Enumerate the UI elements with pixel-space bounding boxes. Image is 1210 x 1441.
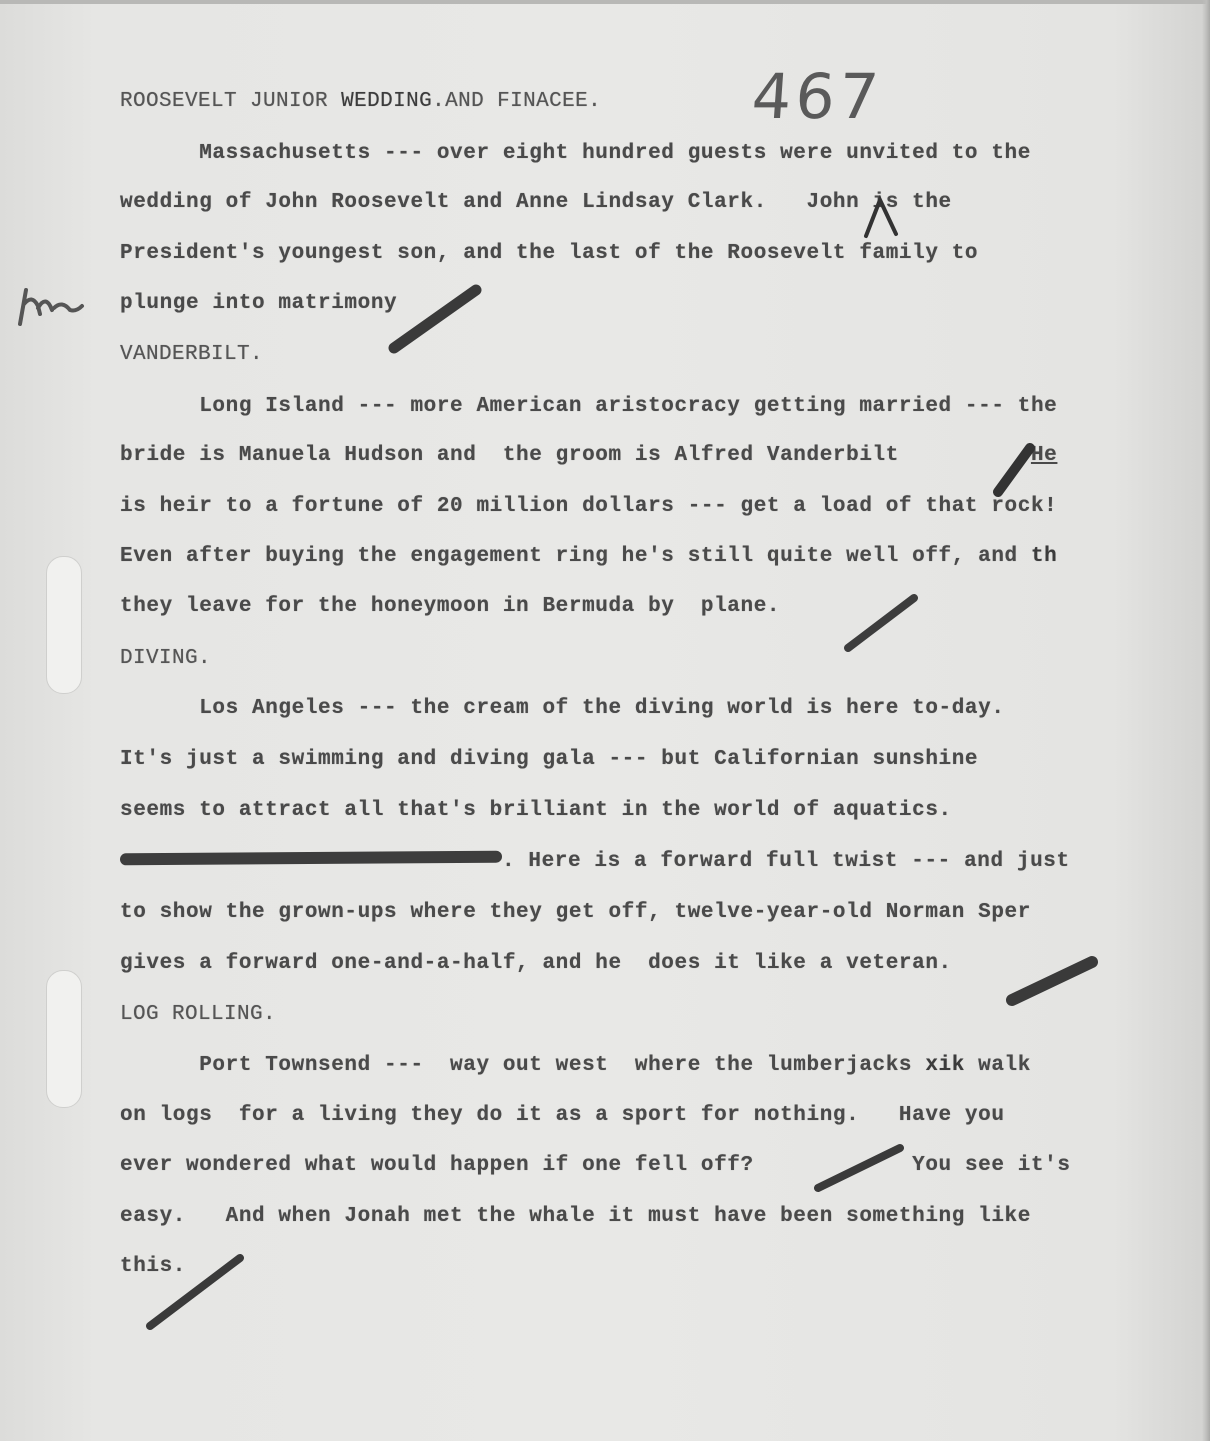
doc-line: ever wondered what would happen if one f… xyxy=(120,1154,1071,1177)
doc-line: on logs for a living they do it as a spo… xyxy=(120,1104,1005,1127)
typewritten-page: 467 ROOSEVELT JUNIOR WEDDING.AND FINACEE… xyxy=(0,0,1210,1441)
end-of-story-slash xyxy=(388,282,484,356)
struck-word: xik xyxy=(925,1054,965,1077)
line-text-end: walk xyxy=(978,1054,1031,1077)
section-heading-diving: DIVING. xyxy=(120,647,211,670)
section-heading-log-rolling: LOG ROLLING. xyxy=(120,1003,276,1026)
doc-line: bride is Manuela Hudson and the groom is… xyxy=(120,444,1057,467)
handwritten-page-number: 467 xyxy=(749,60,884,133)
doc-line: . Here is a forward full twist --- and j… xyxy=(120,850,1070,873)
doc-line: wedding of John Roosevelt and Anne Linds… xyxy=(120,191,952,214)
doc-line: Los Angeles --- the cream of the diving … xyxy=(120,697,1005,720)
story-title: ROOSEVELT JUNIOR WEDDING.AND FINACEE. xyxy=(120,90,601,113)
blacked-out-sentence xyxy=(120,851,502,866)
doc-line: It's just a swimming and diving gala ---… xyxy=(120,748,978,771)
doc-line: easy. And when Jonah met the whale it mu… xyxy=(120,1205,1031,1228)
end-of-story-slash xyxy=(842,590,922,656)
line-text: bride is Manuela Hudson and the groom is… xyxy=(120,444,899,467)
doc-line: Port Townsend --- way out west where the… xyxy=(120,1054,1031,1077)
doc-line: is heir to a fortune of 20 million dolla… xyxy=(120,495,1057,518)
doc-line: to show the grown-ups where they get off… xyxy=(120,901,1031,924)
struck-fragment: th xyxy=(1031,545,1057,568)
binder-hole-bottom xyxy=(46,970,82,1108)
margin-initials-scribble xyxy=(14,284,86,328)
insert-caret-mark xyxy=(862,194,902,240)
end-of-story-slash xyxy=(1004,950,1100,1012)
doc-line: Massachusetts --- over eight hundred gue… xyxy=(120,142,1031,165)
doc-line: President's youngest son, and the last o… xyxy=(120,242,978,265)
title-text: ROOSEVELT JUNIOR xyxy=(120,90,328,113)
doc-line: seems to attract all that's brilliant in… xyxy=(120,799,952,822)
doc-line: plunge into matrimony xyxy=(120,292,397,315)
doc-line: they leave for the honeymoon in Bermuda … xyxy=(120,595,780,618)
sentence-break-slash xyxy=(812,1140,908,1196)
line-text: Port Townsend --- way out west where the… xyxy=(120,1054,912,1077)
doc-line: Even after buying the engagement ring he… xyxy=(120,545,1057,568)
line-text-end: You see it's xyxy=(912,1154,1070,1177)
section-heading-vanderbilt: VANDERBILT. xyxy=(120,343,263,366)
binder-hole-top xyxy=(46,556,82,694)
line-text: . Here is a forward full twist --- and j… xyxy=(502,850,1070,873)
doc-line: gives a forward one-and-a-half, and he d… xyxy=(120,952,952,975)
end-of-story-slash xyxy=(142,1250,248,1334)
line-text: ever wondered what would happen if one f… xyxy=(120,1154,754,1177)
doc-line: Long Island --- more American aristocrac… xyxy=(120,395,1057,418)
title-rest: .AND FINACEE. xyxy=(432,90,601,113)
sentence-break-slash xyxy=(990,440,1040,500)
struck-word: WEDDING xyxy=(341,90,432,113)
line-text: Even after buying the engagement ring he… xyxy=(120,545,1018,568)
